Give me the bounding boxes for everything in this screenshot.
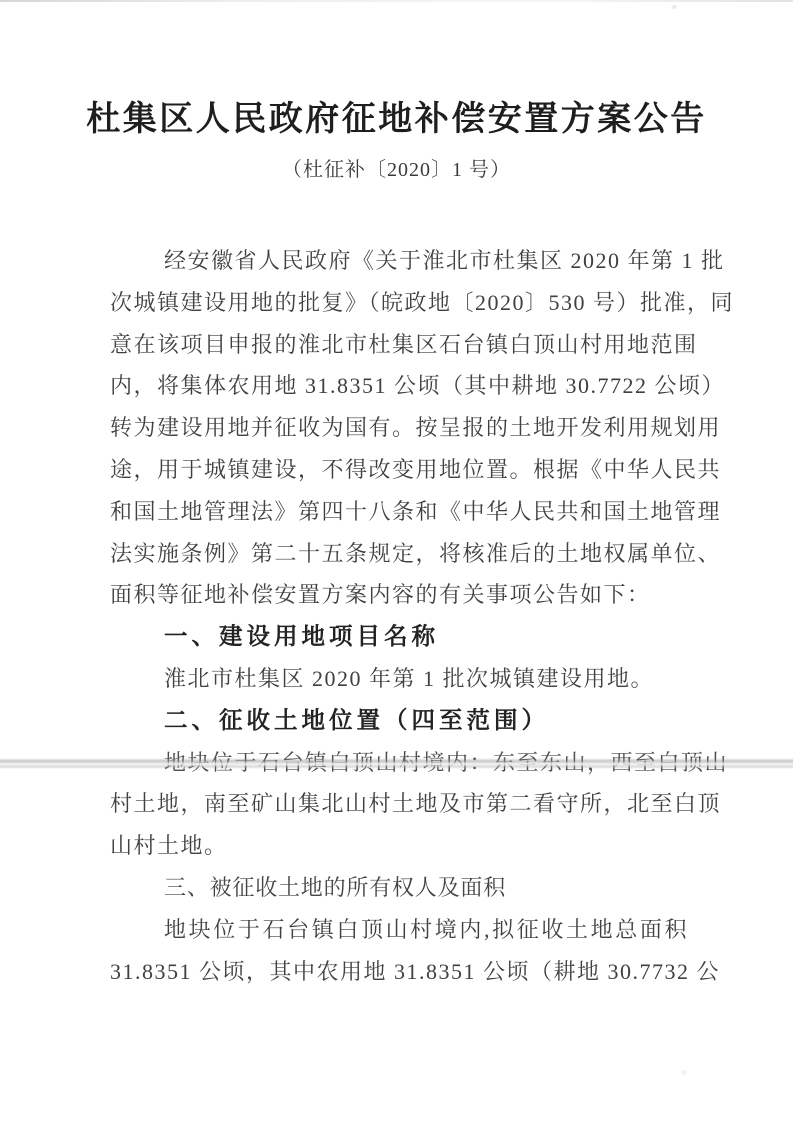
body-line: 地块位于石台镇白顶山村境内,拟征收土地总面积	[110, 909, 688, 951]
scan-speck	[672, 5, 677, 9]
scanned-document-page: 杜集区人民政府征地补偿安置方案公告 （杜征补〔2020〕1 号） 经安徽省人民政…	[0, 0, 793, 1121]
body-line: 淮北市杜集区 2020 年第 1 批次城镇建设用地。	[110, 658, 688, 700]
section-heading: 二、征收土地位置（四至范围）	[110, 700, 688, 742]
scan-crease-artifact	[0, 758, 793, 769]
body-line: 内，将集体农用地 31.8351 公顷（其中耕地 30.7722 公顷）	[110, 365, 688, 407]
document-body: 经安徽省人民政府《关于淮北市杜集区 2020 年第 1 批次城镇建设用地的批复》…	[110, 240, 688, 992]
body-line: 途，用于城镇建设，不得改变用地位置。根据《中华人民共	[110, 449, 688, 491]
body-line: 31.8351 公顷，其中农用地 31.8351 公顷（耕地 30.7732 公	[110, 951, 688, 993]
body-line: 转为建设用地并征收为国有。按呈报的土地开发利用规划用	[110, 407, 688, 449]
body-line: 面积等征地补偿安置方案内容的有关事项公告如下：	[110, 574, 688, 616]
body-line: 法实施条例》第二十五条规定，将核准后的土地权属单位、	[110, 533, 688, 575]
scan-edge-line	[0, 0, 793, 2]
body-line: 和国土地管理法》第四十八条和《中华人民共和国土地管理	[110, 491, 688, 533]
body-line: 经安徽省人民政府《关于淮北市杜集区 2020 年第 1 批	[110, 240, 688, 282]
document-number: （杜征补〔2020〕1 号）	[0, 155, 793, 185]
body-line: 次城镇建设用地的批复》（皖政地〔2020〕530 号）批准，同	[110, 282, 688, 324]
section-heading: 一、建设用地项目名称	[110, 616, 688, 658]
body-line: 意在该项目申报的淮北市杜集区石台镇白顶山村用地范围	[110, 324, 688, 366]
body-line: 村土地，南至矿山集北山村土地及市第二看守所，北至白顶	[110, 783, 688, 825]
scan-speck	[681, 1070, 687, 1075]
document-title: 杜集区人民政府征地补偿安置方案公告	[0, 98, 793, 142]
section-heading: 三、被征收土地的所有权人及面积	[110, 867, 688, 909]
body-line: 山村土地。	[110, 825, 688, 867]
